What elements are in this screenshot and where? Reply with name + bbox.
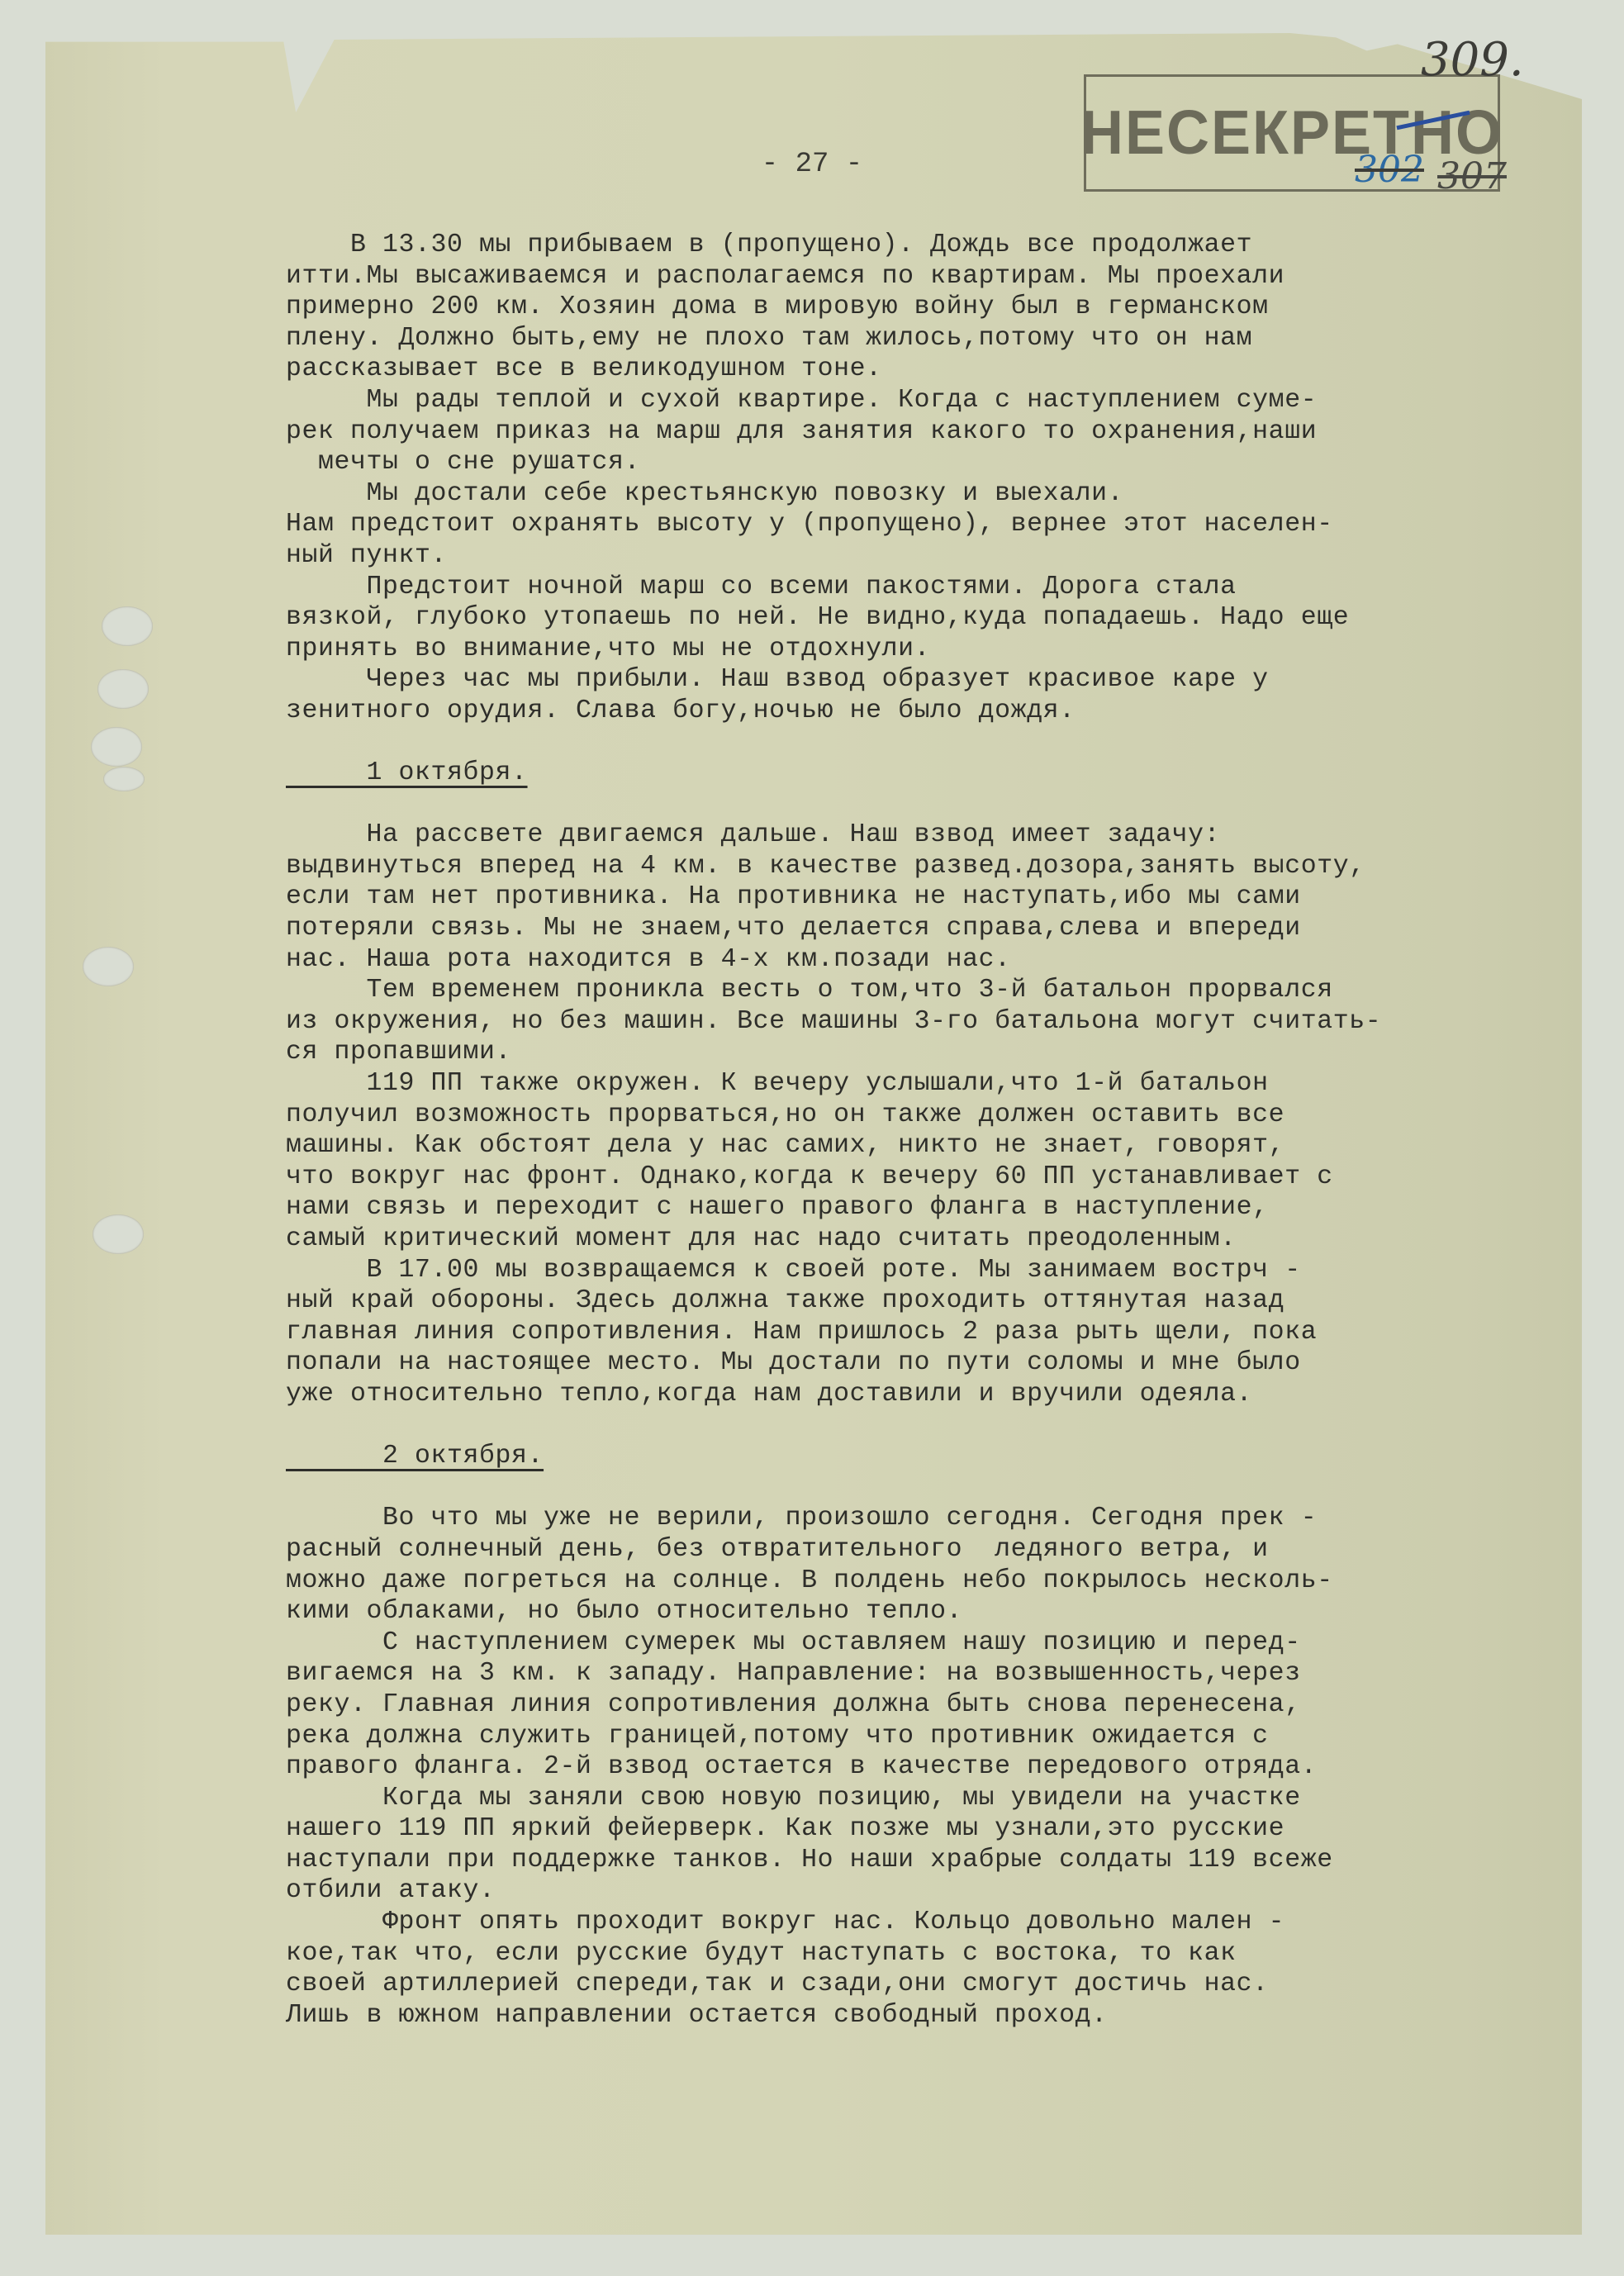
spacer [286,1410,1599,1442]
text-line: Фронт опять проходит вокруг нас. Кольцо … [286,1907,1599,1938]
text-line: кими облаками, но было относительно тепл… [286,1596,1599,1627]
text-line: Через час мы прибыли. Наш взвод образует… [286,664,1599,696]
text-line: ся пропавшими. [286,1037,1599,1068]
text-line: мечты о сне рушатся. [286,447,1599,478]
text-line: плену. Должно быть,ему не плохо там жило… [286,323,1599,354]
text-line: вигаемся на 3 км. к западу. Направление:… [286,1658,1599,1689]
page-number: - 27 - [0,149,1624,180]
text-line: В 17.00 мы возвращаемся к своей роте. Мы… [286,1255,1599,1286]
text-line: самый критический момент для нас надо сч… [286,1224,1599,1255]
text-line: зенитного орудия. Слава богу,ночью не бы… [286,696,1599,727]
text-line: расный солнечный день, без отвратительно… [286,1534,1599,1566]
text-line: ный пункт. [286,540,1599,572]
text-line: попали на настоящее место. Мы достали по… [286,1347,1599,1379]
text-line: Мы рады теплой и сухой квартире. Когда с… [286,385,1599,416]
text-line: рек получаем приказ на марш для занятия … [286,416,1599,448]
text-line: С наступлением сумерек мы оставляем нашу… [286,1627,1599,1659]
text-line: если там нет противника. На противника н… [286,881,1599,913]
text-line: река должна служить границей,потому что … [286,1721,1599,1752]
punch-hole [97,669,149,709]
text-line: рассказывает все в великодушном тоне. [286,354,1599,385]
text-line: принять во внимание,что мы не отдохнули. [286,634,1599,665]
text-line: нашего 119 ПП яркий фейерверк. Как позже… [286,1813,1599,1845]
text-line: Тем временем проникла весть о том,что 3-… [286,975,1599,1006]
spacer [286,1472,1599,1504]
section-heading: 1 октября. [286,758,1599,789]
text-line: отбили атаку. [286,1875,1599,1907]
text-line: Нам предстоит охранять высоту у (пропуще… [286,509,1599,540]
text-line: реку. Главная линия сопротивления должна… [286,1689,1599,1721]
spacer [286,789,1599,820]
punch-hole [103,767,145,791]
punch-hole [93,1214,144,1254]
punch-hole [102,606,153,646]
text-line: Когда мы заняли свою новую позицию, мы у… [286,1783,1599,1814]
text-line: из окружения, но без машин. Все машины 3… [286,1006,1599,1038]
text-line: кое,так что, если русские будут наступат… [286,1938,1599,1970]
text-line: Мы достали себе крестьянскую повозку и в… [286,478,1599,510]
section-heading: 2 октября. [286,1441,1599,1472]
text-line: Во что мы уже не верили, произошло сегод… [286,1503,1599,1534]
text-line: примерно 200 км. Хозяин дома в мировую в… [286,292,1599,323]
text-line: выдвинуться вперед на 4 км. в качестве р… [286,851,1599,882]
text-line: что вокруг нас фронт. Однако,когда к веч… [286,1162,1599,1193]
text-line: потеряли связь. Мы не знаем,что делается… [286,913,1599,944]
text-line: Предстоит ночной марш со всеми пакостями… [286,572,1599,603]
text-line: ный край обороны. Здесь должна также про… [286,1285,1599,1317]
text-line: получил возможность прорваться,но он так… [286,1100,1599,1131]
punch-hole [83,947,134,986]
text-line: На рассвете двигаемся дальше. Наш взвод … [286,820,1599,851]
punch-hole [91,727,142,767]
spacer [286,727,1599,758]
text-line: 119 ПП также окружен. К вечеру услышали,… [286,1068,1599,1100]
text-line: уже относительно тепло,когда нам достави… [286,1379,1599,1410]
document-body: В 13.30 мы прибываем в (пропущено). Дожд… [286,230,1599,2031]
folio-number: 309. [1421,33,1524,87]
text-line: Лишь в южном направлении остается свобод… [286,2000,1599,2031]
text-line: нами связь и переходит с нашего правого … [286,1192,1599,1224]
text-line: можно даже погреться на солнце. В полден… [286,1566,1599,1597]
text-line: вязкой, глубоко утопаешь по ней. Не видн… [286,602,1599,634]
text-line: своей артиллерией спереди,так и сзади,он… [286,1969,1599,2000]
text-line: В 13.30 мы прибываем в (пропущено). Дожд… [286,230,1599,261]
text-line: главная линия сопротивления. Нам пришлос… [286,1317,1599,1348]
text-line: правого фланга. 2-й взвод остается в кач… [286,1751,1599,1783]
text-line: нас. Наша рота находится в 4-х км.позади… [286,944,1599,976]
text-line: машины. Как обстоят дела у нас самих, ни… [286,1130,1599,1162]
text-line: наступали при поддержке танков. Но наши … [286,1845,1599,1876]
text-line: итти.Мы высаживаемся и располагаемся по … [286,261,1599,292]
